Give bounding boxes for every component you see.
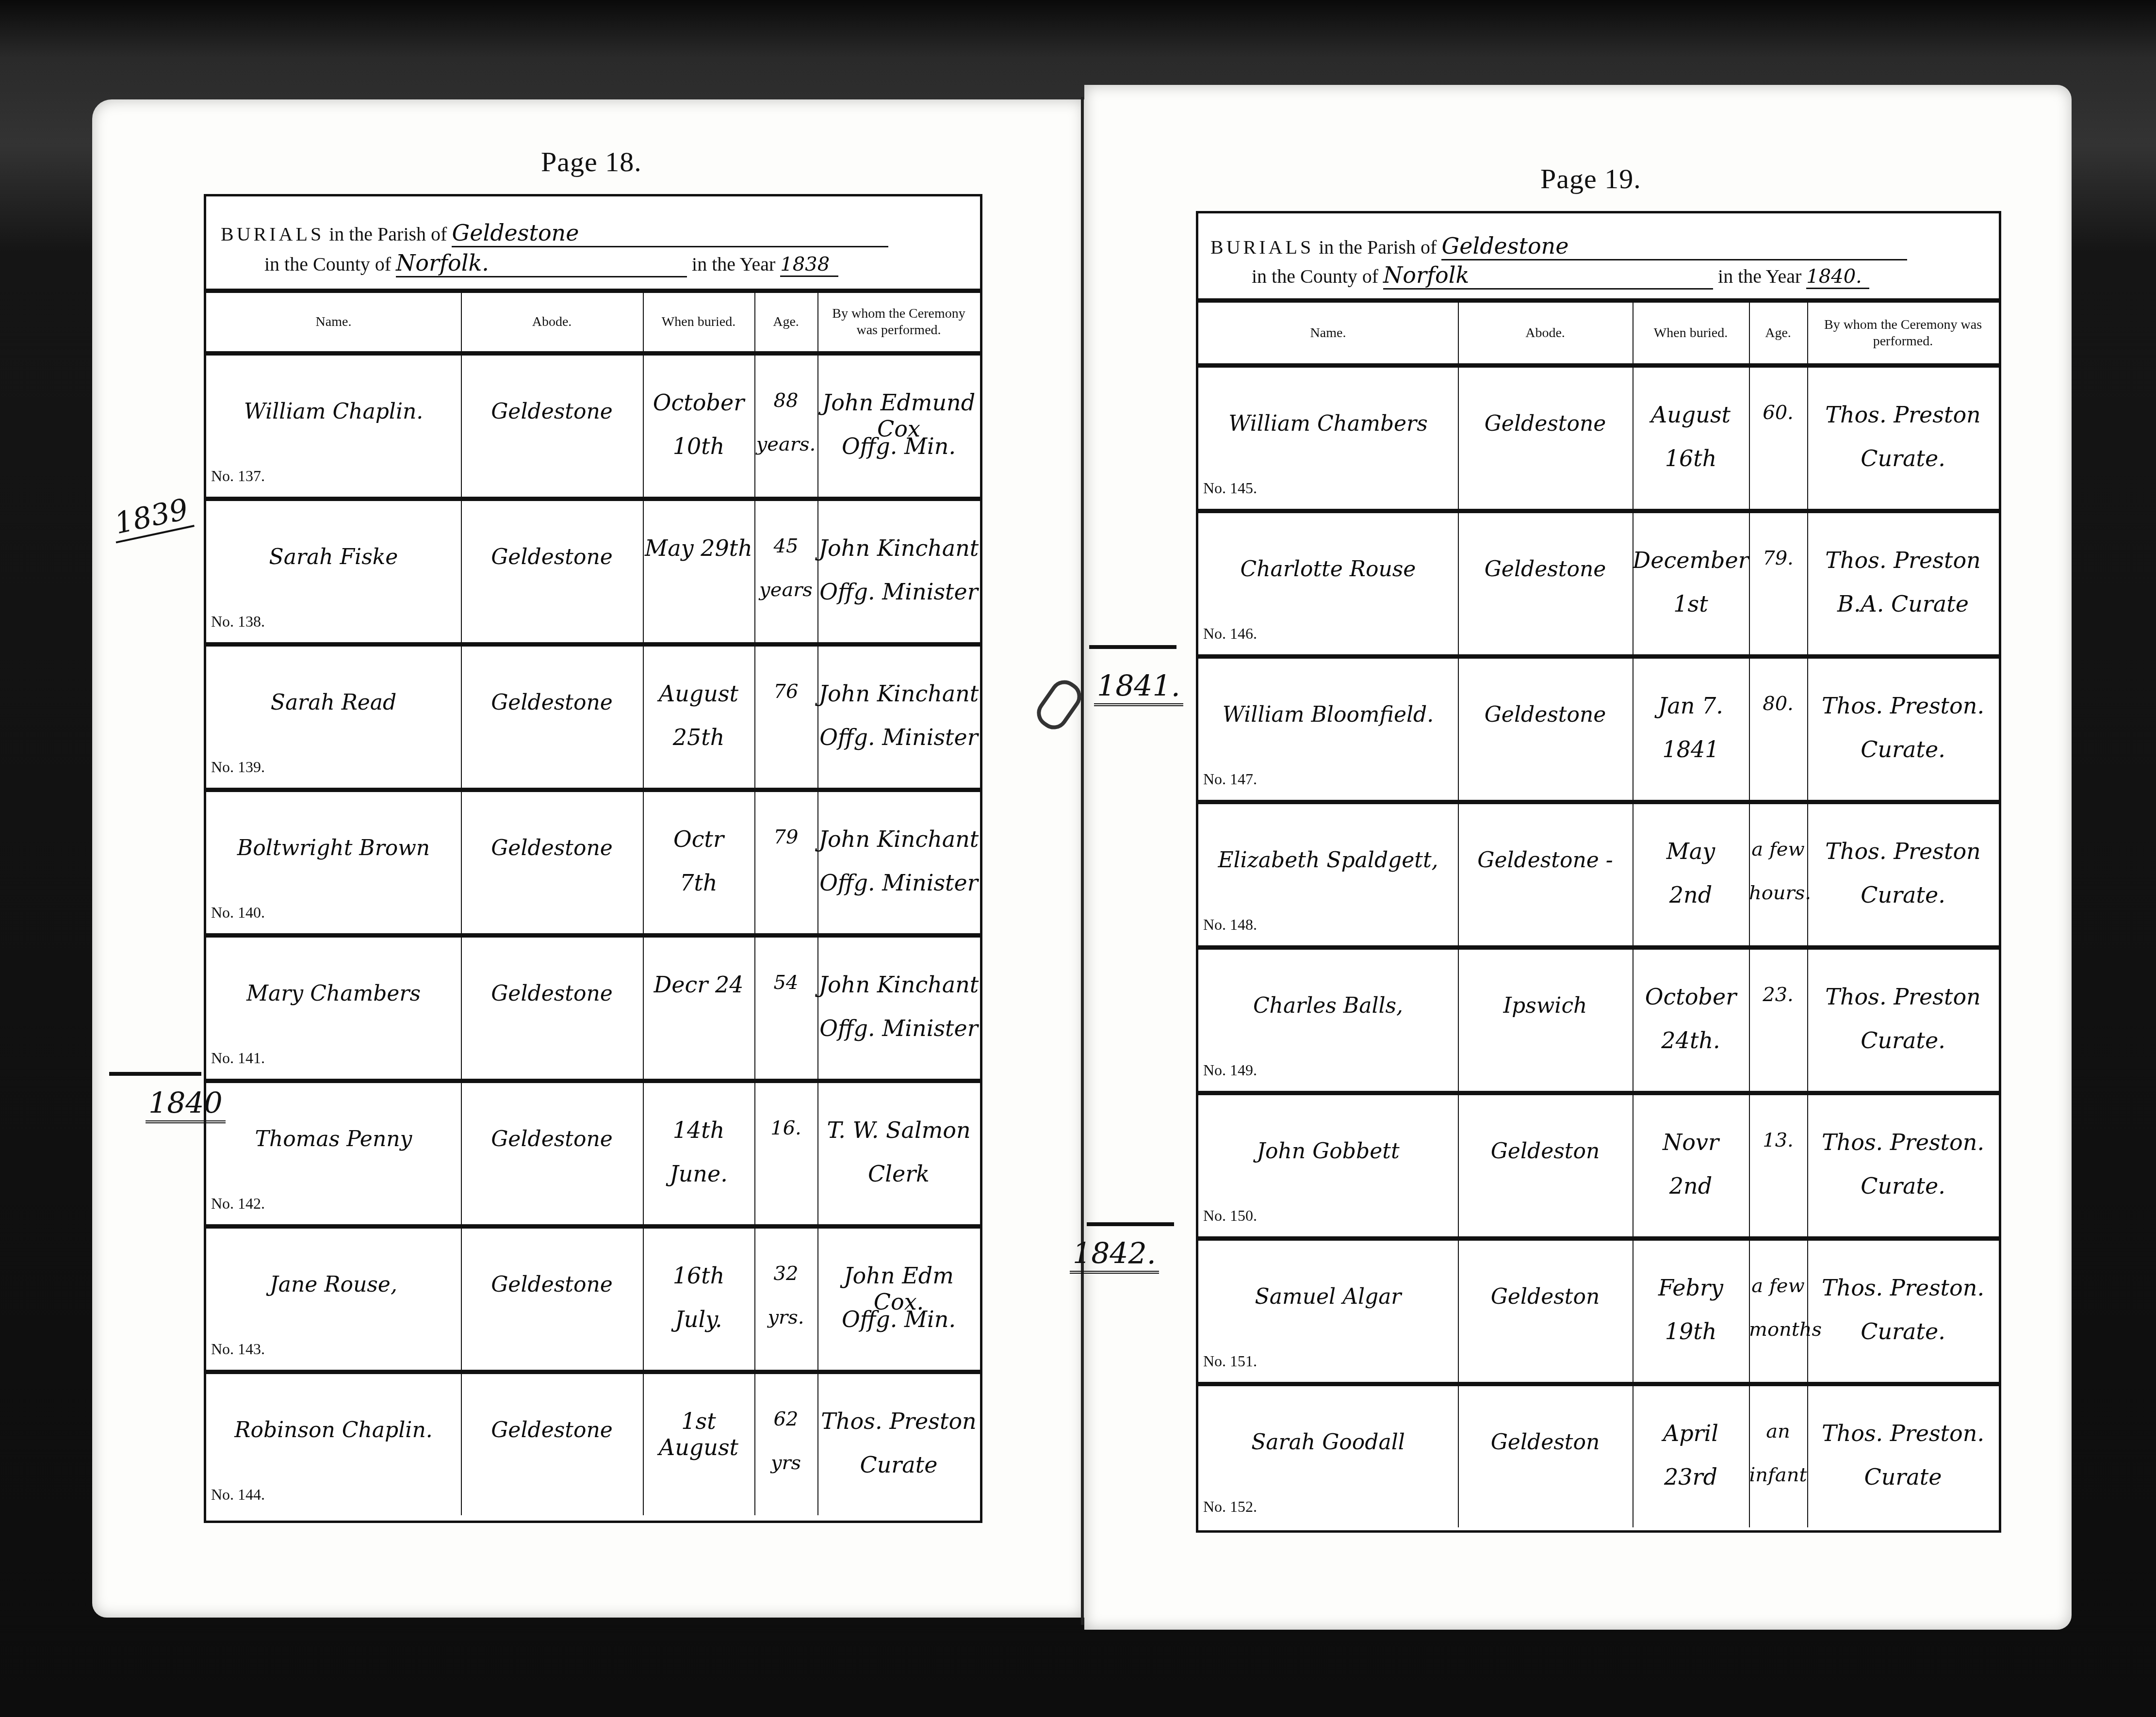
officiant-text: Thos. Preston. <box>1807 1129 1999 1155</box>
cell-officiant: Thos. PrestonB.A. Curate <box>1807 513 1999 654</box>
column-header-when-buried: When buried. <box>1633 303 1750 363</box>
officiant-text: Curate <box>817 1452 980 1478</box>
cell-name: Sarah FiskeNo. 138. <box>206 501 462 642</box>
entry-number: No. 140. <box>211 904 265 922</box>
entry-number: No. 152. <box>1203 1498 1257 1516</box>
name-text: Robinson Chaplin. <box>206 1418 461 1442</box>
cell-name: William ChambersNo. 145. <box>1198 368 1459 509</box>
page-number-left: Page 18. <box>541 146 642 178</box>
age-text: years. <box>754 433 817 455</box>
cell-name: Sarah GoodallNo. 152. <box>1198 1386 1459 1527</box>
abode-text: Geldestone <box>461 836 643 860</box>
abode-text: Ipswich <box>1458 993 1633 1018</box>
cell-age: 60. <box>1749 368 1808 509</box>
officiant-text: Thos. Preston. <box>1807 1420 1999 1446</box>
parish-field: Geldestone <box>1441 233 1907 260</box>
cell-when-buried: April23rd <box>1633 1386 1750 1527</box>
abode-text: Geldestone <box>461 981 643 1006</box>
when-buried-text: 16th <box>1633 445 1749 471</box>
page-number-right: Page 19. <box>1540 162 1641 195</box>
officiant-text: Curate. <box>1807 1027 1999 1053</box>
age-text: 79. <box>1749 547 1807 569</box>
county-field: Norfolk <box>1383 262 1713 290</box>
cell-name: Elizabeth Spaldgett,No. 148. <box>1198 804 1459 945</box>
parish-label: in the Parish of <box>329 223 447 245</box>
when-buried-text: 16th <box>643 1263 754 1289</box>
cell-name: Sarah ReadNo. 139. <box>206 647 462 788</box>
cell-age: 88years. <box>754 356 818 497</box>
age-text: a few <box>1749 838 1807 860</box>
officiant-text: T. W. Salmon <box>817 1117 980 1143</box>
name-text: Sarah Read <box>206 690 461 715</box>
margin-year-1842: 1842. <box>1070 1237 1159 1274</box>
when-buried-text: April <box>1633 1420 1749 1446</box>
name-text: Sarah Goodall <box>1198 1430 1458 1455</box>
register-entry-row: Jane Rouse,No. 143.Geldestone16thJuly.32… <box>206 1229 980 1374</box>
name-text: Sarah Fiske <box>206 545 461 569</box>
when-buried-text: 24th. <box>1633 1027 1749 1053</box>
cell-name: Boltwright BrownNo. 140. <box>206 792 462 933</box>
name-text: John Gobbett <box>1198 1139 1458 1164</box>
cell-name: Thomas PennyNo. 142. <box>206 1083 462 1224</box>
officiant-text: Offg. Minister <box>817 1015 980 1041</box>
register-entry-row: Samuel AlgarNo. 151.GeldestonFebry19tha … <box>1198 1241 1999 1386</box>
when-buried-text: August <box>643 680 754 707</box>
cell-officiant: T. W. SalmonClerk <box>817 1083 980 1224</box>
cell-when-buried: Octr7th <box>643 792 755 933</box>
cell-when-buried: December1st <box>1633 513 1750 654</box>
cell-abode: Geldeston <box>1458 1241 1633 1382</box>
name-text: Boltwright Brown <box>206 836 461 860</box>
register-entry-row: Robinson Chaplin.No. 144.Geldestone1st A… <box>206 1374 980 1515</box>
age-text: a few <box>1749 1275 1807 1297</box>
age-text: years <box>754 579 817 601</box>
entry-number: No. 150. <box>1203 1207 1257 1225</box>
cell-when-buried: October10th <box>643 356 755 497</box>
burial-register-right: BURIALS in the Parish of Geldestone in t… <box>1196 211 2001 1533</box>
when-buried-text: Jan 7. <box>1633 693 1749 719</box>
when-buried-text: Octr <box>643 826 754 852</box>
abode-text: Geldestone <box>1458 557 1633 582</box>
register-entry-row: Sarah ReadNo. 139.GeldestoneAugust25th76… <box>206 647 980 792</box>
when-buried-text: May <box>1633 838 1749 864</box>
cell-abode: Geldestone - <box>1458 804 1633 945</box>
name-text: Charles Balls, <box>1198 993 1458 1018</box>
when-buried-text: 10th <box>643 433 754 459</box>
county-value: Norfolk. <box>396 250 489 276</box>
column-header-officiant: By whom the Ceremony was performed. <box>817 293 980 351</box>
age-text: 16. <box>754 1117 817 1139</box>
officiant-text: Thos. Preston <box>1807 547 1999 573</box>
entry-number: No. 145. <box>1203 479 1257 497</box>
heading-county-line: in the County of Norfolk in the Year 184… <box>1252 262 1869 290</box>
cell-when-buried: Novr2nd <box>1633 1095 1750 1236</box>
register-entry-row: Thomas PennyNo. 142.Geldestone14thJune.1… <box>206 1083 980 1229</box>
cell-when-buried: May 29th <box>643 501 755 642</box>
cell-abode: Geldestone <box>1458 368 1633 509</box>
age-text: yrs. <box>754 1306 817 1328</box>
officiant-text: Thos. Preston <box>817 1408 980 1434</box>
margin-divider <box>109 1072 201 1076</box>
cell-age: 76 <box>754 647 818 788</box>
age-text: yrs <box>754 1452 817 1474</box>
abode-text: Geldeston <box>1458 1139 1633 1164</box>
county-value: Norfolk <box>1383 262 1469 288</box>
register-entry-row: William ChambersNo. 145.GeldestoneAugust… <box>1198 368 1999 513</box>
parish-label: in the Parish of <box>1319 236 1437 258</box>
column-header-officiant: By whom the Ceremony was performed. <box>1807 303 1999 363</box>
age-text: 88 <box>754 389 817 412</box>
register-entry-row: Boltwright BrownNo. 140.GeldestoneOctr7t… <box>206 792 980 938</box>
cell-officiant: John KinchantOffg. Minister <box>817 938 980 1079</box>
cell-abode: Geldestone <box>461 1229 644 1370</box>
cell-abode: Geldestone <box>1458 513 1633 654</box>
parish-value: Geldestone <box>1441 233 1568 259</box>
officiant-text: John Kinchant <box>817 826 980 852</box>
when-buried-text: 14th <box>643 1117 754 1143</box>
heading-county-line: in the County of Norfolk. in the Year 18… <box>264 250 838 277</box>
burials-label: BURIALS <box>1210 236 1314 258</box>
cell-officiant: Thos. Preston.Curate <box>1807 1386 1999 1527</box>
officiant-text: John Kinchant <box>817 972 980 998</box>
officiant-text: Offg. Minister <box>817 870 980 896</box>
cell-age: 13. <box>1749 1095 1808 1236</box>
column-headers: Name.Abode.When buried.Age.By whom the C… <box>206 293 980 356</box>
cell-name: Mary ChambersNo. 141. <box>206 938 462 1079</box>
when-buried-text: 25th <box>643 724 754 750</box>
when-buried-text: August <box>1633 402 1749 428</box>
age-text: 32 <box>754 1263 817 1285</box>
column-header-when-buried: When buried. <box>643 293 755 351</box>
cell-when-buried: August16th <box>1633 368 1750 509</box>
age-text: 23. <box>1749 984 1807 1006</box>
column-header-age: Age. <box>1749 303 1808 363</box>
officiant-text: Thos. Preston. <box>1807 693 1999 719</box>
abode-text: Geldestone <box>1458 411 1633 436</box>
year-field: 1838 <box>780 253 838 277</box>
year-label: in the Year <box>1718 265 1801 287</box>
cell-abode: Ipswich <box>1458 950 1633 1091</box>
register-entry-row: Charles Balls,No. 149.IpswichOctober24th… <box>1198 950 1999 1095</box>
when-buried-text: October <box>643 389 754 416</box>
entry-number: No. 141. <box>211 1049 265 1067</box>
officiant-text: Curate. <box>1807 1318 1999 1344</box>
officiant-text: B.A. Curate <box>1807 591 1999 617</box>
cell-officiant: Thos. PrestonCurate <box>817 1374 980 1515</box>
age-text: 80. <box>1749 693 1807 715</box>
cell-officiant: Thos. PrestonCurate. <box>1807 368 1999 509</box>
cell-age: 80. <box>1749 659 1808 800</box>
cell-abode: Geldestone <box>461 1083 644 1224</box>
cell-name: Charlotte RouseNo. 146. <box>1198 513 1459 654</box>
cell-officiant: John KinchantOffg. Minister <box>817 647 980 788</box>
name-text: William Chambers <box>1198 411 1458 436</box>
name-text: William Chaplin. <box>206 399 461 424</box>
officiant-text: Offg. Min. <box>817 433 980 459</box>
cell-officiant: John Edm Cox.Offg. Min. <box>817 1229 980 1370</box>
register-heading: BURIALS in the Parish of Geldestone in t… <box>206 196 980 293</box>
county-label: in the County of <box>264 253 391 275</box>
when-buried-text: 2nd <box>1633 882 1749 908</box>
when-buried-text: June. <box>643 1161 754 1187</box>
entry-number: No. 137. <box>211 467 265 485</box>
name-text: William Bloomfield. <box>1198 702 1458 727</box>
when-buried-text: 1st August <box>643 1408 754 1460</box>
abode-text: Geldestone <box>461 1127 643 1151</box>
cell-officiant: Thos. Preston.Curate. <box>1807 659 1999 800</box>
register-entry-row: Charlotte RouseNo. 146.GeldestoneDecembe… <box>1198 513 1999 659</box>
age-text: 13. <box>1749 1129 1807 1151</box>
book-spine <box>1081 97 1084 1625</box>
entry-number: No. 146. <box>1203 625 1257 643</box>
name-text: Jane Rouse, <box>206 1272 461 1297</box>
age-text: hours. <box>1749 882 1807 904</box>
cell-name: Samuel AlgarNo. 151. <box>1198 1241 1459 1382</box>
abode-text: Geldestone <box>1458 702 1633 727</box>
margin-year-1840: 1840 <box>146 1086 226 1123</box>
cell-abode: Geldestone <box>1458 659 1633 800</box>
when-buried-text: 1841 <box>1633 736 1749 762</box>
cell-when-buried: October24th. <box>1633 950 1750 1091</box>
register-entry-row: John GobbettNo. 150.GeldestonNovr2nd13.T… <box>1198 1095 1999 1241</box>
heading-parish-line: BURIALS in the Parish of Geldestone <box>1210 233 1907 260</box>
cell-age: 62yrs <box>754 1374 818 1515</box>
when-buried-text: 7th <box>643 870 754 896</box>
burial-register-left: BURIALS in the Parish of Geldestone in t… <box>204 194 982 1523</box>
register-entry-row: Elizabeth Spaldgett,No. 148.Geldestone -… <box>1198 804 1999 950</box>
officiant-text: Thos. Preston. <box>1807 1275 1999 1301</box>
cell-officiant: Thos. Preston.Curate. <box>1807 1241 1999 1382</box>
heading-parish-line: BURIALS in the Parish of Geldestone <box>221 220 888 247</box>
cell-when-buried: Decr 24 <box>643 938 755 1079</box>
when-buried-text: December <box>1633 547 1749 573</box>
cell-age: 45years <box>754 501 818 642</box>
abode-text: Geldestone <box>461 1272 643 1297</box>
when-buried-text: 19th <box>1633 1318 1749 1344</box>
column-header-abode: Abode. <box>461 293 644 351</box>
age-text: 79 <box>754 826 817 848</box>
cell-age: 23. <box>1749 950 1808 1091</box>
abode-text: Geldestone <box>461 399 643 424</box>
margin-year-1841: 1841. <box>1094 669 1183 706</box>
abode-text: Geldeston <box>1458 1430 1633 1455</box>
register-heading: BURIALS in the Parish of Geldestone in t… <box>1198 213 1999 303</box>
entry-number: No. 143. <box>211 1340 265 1358</box>
cell-abode: Geldeston <box>1458 1386 1633 1527</box>
cell-abode: Geldestone <box>461 356 644 497</box>
entry-number: No. 151. <box>1203 1352 1257 1370</box>
cell-age: 79 <box>754 792 818 933</box>
when-buried-text: 1st <box>1633 591 1749 617</box>
register-entry-row: Sarah FiskeNo. 138.GeldestoneMay 29th45y… <box>206 501 980 647</box>
cell-age: a fewhours. <box>1749 804 1808 945</box>
cell-when-buried: 14thJune. <box>643 1083 755 1224</box>
entry-number: No. 149. <box>1203 1061 1257 1079</box>
cell-abode: Geldestone <box>461 938 644 1079</box>
cell-officiant: John KinchantOffg. Minister <box>817 501 980 642</box>
officiant-text: Offg. Min. <box>817 1306 980 1332</box>
abode-text: Geldeston <box>1458 1284 1633 1309</box>
when-buried-text: 2nd <box>1633 1173 1749 1199</box>
officiant-text: Curate. <box>1807 882 1999 908</box>
register-entry-row: William Bloomfield.No. 147.GeldestoneJan… <box>1198 659 1999 804</box>
cell-abode: Geldestone <box>461 647 644 788</box>
when-buried-text: May 29th <box>643 535 754 561</box>
column-header-name: Name. <box>1198 303 1459 363</box>
officiant-text: Offg. Minister <box>817 579 980 605</box>
entry-number: No. 139. <box>211 758 265 776</box>
entry-number: No. 144. <box>211 1486 265 1504</box>
cell-when-buried: Jan 7.1841 <box>1633 659 1750 800</box>
cell-abode: Geldestone <box>461 792 644 933</box>
cell-officiant: John KinchantOffg. Minister <box>817 792 980 933</box>
cell-officiant: Thos. PrestonCurate. <box>1807 950 1999 1091</box>
cell-name: William Chaplin.No. 137. <box>206 356 462 497</box>
age-text: 76 <box>754 680 817 703</box>
cell-age: 54 <box>754 938 818 1079</box>
cell-name: Robinson Chaplin.No. 144. <box>206 1374 462 1515</box>
column-header-name: Name. <box>206 293 462 351</box>
abode-text: Geldestone <box>461 690 643 715</box>
name-text: Thomas Penny <box>206 1127 461 1151</box>
register-entry-row: Mary ChambersNo. 141.GeldestoneDecr 2454… <box>206 938 980 1083</box>
cell-abode: Geldeston <box>1458 1095 1633 1236</box>
age-text: 62 <box>754 1408 817 1430</box>
cell-when-buried: 16thJuly. <box>643 1229 755 1370</box>
year-value: 1838 <box>780 253 830 275</box>
cell-officiant: Thos. Preston.Curate. <box>1807 1095 1999 1236</box>
year-value: 1840. <box>1806 265 1862 288</box>
abode-text: Geldestone - <box>1458 848 1633 873</box>
abode-text: Geldestone <box>461 1418 643 1442</box>
when-buried-text: Decr 24 <box>643 972 754 998</box>
name-text: Elizabeth Spaldgett, <box>1198 848 1458 873</box>
entry-number: No. 138. <box>211 613 265 631</box>
name-text: Charlotte Rouse <box>1198 557 1458 582</box>
abode-text: Geldestone <box>461 545 643 569</box>
age-text: 60. <box>1749 402 1807 424</box>
parish-field: Geldestone <box>452 220 888 247</box>
officiant-text: Clerk <box>817 1161 980 1187</box>
cell-when-buried: May2nd <box>1633 804 1750 945</box>
when-buried-text: Novr <box>1633 1129 1749 1155</box>
year-field: 1840. <box>1806 265 1869 289</box>
age-text: 45 <box>754 535 817 557</box>
when-buried-text: Febry <box>1633 1275 1749 1301</box>
cell-age: aninfant <box>1749 1386 1808 1527</box>
county-label: in the County of <box>1252 265 1378 287</box>
officiant-text: Thos. Preston <box>1807 838 1999 864</box>
age-text: 54 <box>754 972 817 994</box>
cell-age: 16. <box>754 1083 818 1224</box>
when-buried-text: July. <box>643 1306 754 1332</box>
officiant-text: Thos. Preston <box>1807 984 1999 1010</box>
entry-number: No. 148. <box>1203 916 1257 934</box>
cell-name: John GobbettNo. 150. <box>1198 1095 1459 1236</box>
officiant-text: Thos. Preston <box>1807 402 1999 428</box>
officiant-text: Curate. <box>1807 1173 1999 1199</box>
column-header-age: Age. <box>754 293 818 351</box>
entry-number: No. 147. <box>1203 770 1257 788</box>
column-headers: Name.Abode.When buried.Age.By whom the C… <box>1198 303 1999 368</box>
entry-number: No. 142. <box>211 1195 265 1213</box>
parish-value: Geldestone <box>452 220 579 246</box>
cell-when-buried: August25th <box>643 647 755 788</box>
officiant-text: Curate <box>1807 1464 1999 1490</box>
cell-name: Charles Balls,No. 149. <box>1198 950 1459 1091</box>
when-buried-text: October <box>1633 984 1749 1010</box>
column-header-abode: Abode. <box>1458 303 1633 363</box>
cell-name: Jane Rouse,No. 143. <box>206 1229 462 1370</box>
margin-divider <box>1089 645 1176 649</box>
cell-when-buried: Febry19th <box>1633 1241 1750 1382</box>
age-text: an <box>1749 1420 1807 1442</box>
when-buried-text: 23rd <box>1633 1464 1749 1490</box>
officiant-text: Offg. Minister <box>817 724 980 750</box>
burials-label: BURIALS <box>221 223 324 245</box>
officiant-text: John Kinchant <box>817 535 980 561</box>
officiant-text: Curate. <box>1807 736 1999 762</box>
register-entry-row: William Chaplin.No. 137.GeldestoneOctobe… <box>206 356 980 501</box>
margin-divider <box>1087 1222 1174 1226</box>
county-field: Norfolk. <box>396 250 687 277</box>
name-text: Mary Chambers <box>206 981 461 1006</box>
cell-name: William Bloomfield.No. 147. <box>1198 659 1459 800</box>
officiant-text: John Kinchant <box>817 680 980 707</box>
cell-age: a fewmonths <box>1749 1241 1808 1382</box>
cell-officiant: Thos. PrestonCurate. <box>1807 804 1999 945</box>
cell-age: 79. <box>1749 513 1808 654</box>
age-text: months <box>1749 1318 1807 1341</box>
cell-age: 32yrs. <box>754 1229 818 1370</box>
age-text: infant <box>1749 1464 1807 1486</box>
cell-abode: Geldestone <box>461 501 644 642</box>
name-text: Samuel Algar <box>1198 1284 1458 1309</box>
register-entry-row: Sarah GoodallNo. 152.GeldestonApril23rda… <box>1198 1386 1999 1527</box>
year-label: in the Year <box>692 253 775 275</box>
cell-when-buried: 1st August <box>643 1374 755 1515</box>
officiant-text: Curate. <box>1807 445 1999 471</box>
cell-abode: Geldestone <box>461 1374 644 1515</box>
cell-officiant: John Edmund CoxOffg. Min. <box>817 356 980 497</box>
